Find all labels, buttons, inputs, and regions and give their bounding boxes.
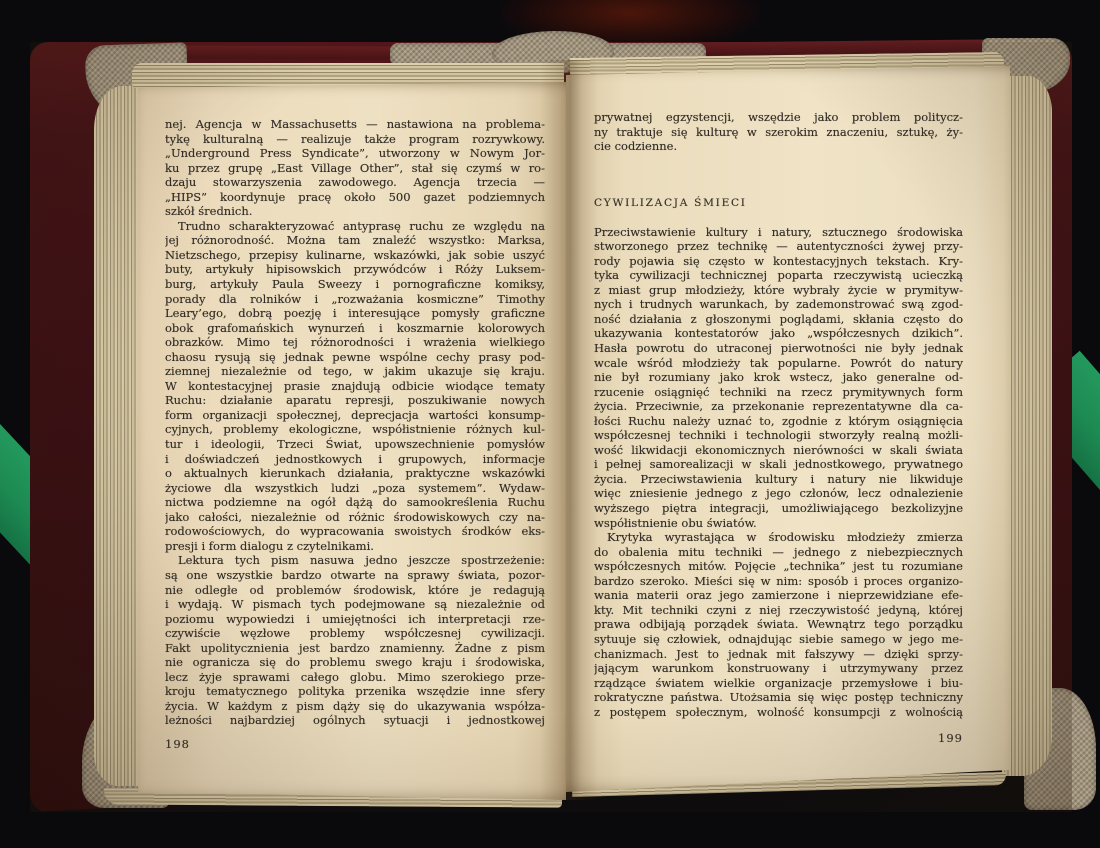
paragraph: Trudno scharakteryzować antyprasę ruchu …: [165, 219, 545, 554]
text-line: ny traktuje się kulturę w szerokim znacz…: [594, 125, 963, 140]
text-line: i doświadczeń jednostkowych i grupowych,…: [165, 452, 545, 467]
text-line: rokratyczne państwa. Utożsamia się więc …: [594, 690, 963, 705]
text-line: Trudno scharakteryzować antyprasę ruchu …: [165, 219, 545, 234]
text-line: współistnienie obu światów.: [594, 516, 963, 531]
text-line: jako całości, niezależnie od różnic środ…: [165, 510, 545, 525]
text-line: rody pojawia się często w kontestacyjnyc…: [594, 254, 963, 269]
page-number-left: 198: [165, 737, 190, 751]
text-line: prywatnej egzystencji, wszędzie jako pro…: [594, 110, 963, 125]
text-line: wania materii oraz jego zamierzone i nie…: [594, 588, 963, 603]
text-line: lecz żyje sprawami całego globu. Mimo sz…: [165, 670, 545, 685]
cover-trim-top-left: [182, 45, 394, 59]
text-line: nie był rozumiany jako krok wstecz, jako…: [594, 370, 963, 385]
text-line: sytuuje się człowiek, odnajdując siebie …: [594, 632, 963, 647]
text-line: obok grafomańskich wynurzeń i koszmarnie…: [165, 321, 545, 336]
text-line: kty. Mit techniki czyni z niej rzeczywis…: [594, 603, 963, 618]
text-line: Hasła powrotu do utraconej pierwotności …: [594, 341, 963, 356]
text-line: z miast grup młodzieży, które wybrały ży…: [594, 283, 963, 298]
text-line: tyka cywilizacji technicznej poparta rze…: [594, 268, 963, 283]
text-line: wyższego piętra integracji, umożliwiając…: [594, 501, 963, 516]
text-line: łości Ruchu należy uznać to, zgodnie z k…: [594, 414, 963, 429]
text-line: wcale wśród młodzieży tak popularne. Pow…: [594, 356, 963, 371]
text-line: cyjnych, problemy ekologiczne, współistn…: [165, 422, 545, 437]
text-line: tykę kulturalną — realizuje także progra…: [165, 132, 545, 147]
text-line: stworzonego przez technikę — autentyczno…: [594, 239, 963, 254]
photo-background: nej. Agencja w Massachusetts — nastawion…: [0, 0, 1100, 848]
text-line: rodowościowych, do wypracowania swoistyc…: [165, 524, 545, 539]
text-line: życia. Przeciwnie, za przekonanie reprez…: [594, 399, 963, 414]
text-line: ziemnej niezależnie od tego, w jakim uka…: [165, 364, 545, 379]
paragraph: Krytyka wyrastająca w środowisku młodzie…: [594, 530, 963, 719]
text-line: wość likwidacji ekonomicznych nierównośc…: [594, 443, 963, 458]
text-line: więc zniesienie jednego z jego członów, …: [594, 486, 963, 501]
text-line: szkół średnich.: [165, 204, 545, 219]
section-heading: CYWILIZACJA ŚMIECI: [594, 196, 963, 210]
text-line: „HIPS” koordynuje pracę około 500 gazet …: [165, 190, 545, 205]
text-line: Leary’ego, dobrą poezję i interesujące p…: [165, 306, 545, 321]
text-line: do obalenia mitu techniki — jednego z ni…: [594, 545, 963, 560]
text-line: rzucenie osiągnięć techniki na rzecz pry…: [594, 385, 963, 400]
text-line: rządzące światem wielkie organizacje prz…: [594, 676, 963, 691]
text-line: dzaju stowarzyszenia zawodowego. Agencja…: [165, 175, 545, 190]
text-line: Lektura tych pism nasuwa jedno jeszcze s…: [165, 553, 545, 568]
text-line: jej różnorodność. Można tam znaleźć wszy…: [165, 233, 545, 248]
text-line: W kontestacyjnej prasie znajdują odbicie…: [165, 379, 545, 394]
text-line: Przeciwstawienie kultury i natury, sztuc…: [594, 225, 963, 240]
text-line: czywiście węzłowe problemy współczesnej …: [165, 626, 545, 641]
text-line: burg, artykuły Paula Sweezy i pornografi…: [165, 277, 545, 292]
right-page-text: prywatnej egzystencji, wszędzie jako pro…: [594, 110, 963, 719]
page-number-right: 199: [594, 731, 963, 745]
text-line: i pełnej samorealizacji w skali jednostk…: [594, 457, 963, 472]
text-line: form organizacji społecznej, deprecjacja…: [165, 408, 545, 423]
text-line: kroju tematycznego polityka przenika wsz…: [165, 684, 545, 699]
text-line: chaosu rysują się jednak pewne wspólne c…: [165, 350, 545, 365]
paragraph: prywatnej egzystencji, wszędzie jako pro…: [594, 110, 963, 154]
text-line: nictwa podziemne na ogół dążą do samookr…: [165, 495, 545, 510]
right-page-section-paragraphs: Przeciwstawienie kultury i natury, sztuc…: [594, 225, 963, 720]
text-line: życiowe dla wszystkich ludzi „poza syste…: [165, 481, 545, 496]
text-line: poziomu wypowiedzi i umiejętności ich in…: [165, 612, 545, 627]
text-line: cie codzienne.: [594, 139, 963, 154]
text-line: i wydają. W pismach tych podejmowane są …: [165, 597, 545, 612]
text-line: Nietzschego, przepisy kulinarne, wskazów…: [165, 248, 545, 263]
text-line: leżności najbardziej ogólnych sytuacji i…: [165, 713, 545, 728]
text-line: życia. W każdym z pism dąży się do ukazy…: [165, 699, 545, 714]
text-line: z postępem społecznym, wolność konsumpcj…: [594, 705, 963, 720]
text-line: ku przez grupę „East Village Other”, sta…: [165, 161, 545, 176]
text-line: nie odległe od problemów środowisk, któr…: [165, 583, 545, 598]
text-line: nych i trudnych warunkach, by zademonstr…: [594, 297, 963, 312]
text-line: obrazków. Mimo tej różnorodności i wraże…: [165, 335, 545, 350]
text-line: nej. Agencja w Massachusetts — nastawion…: [165, 117, 545, 132]
text-line: porady dla rolników i „rozważania kosmic…: [165, 292, 545, 307]
text-line: współczesnej techniki i technologii stwo…: [594, 428, 963, 443]
text-line: Ruchu: działanie aparatu represji, poszu…: [165, 393, 545, 408]
paragraph: nej. Agencja w Massachusetts — nastawion…: [165, 117, 545, 219]
text-line: nie ogranicza się do problemu swego kraj…: [165, 655, 545, 670]
left-page-text: nej. Agencja w Massachusetts — nastawion…: [165, 117, 545, 728]
right-page-top-paragraphs: prywatnej egzystencji, wszędzie jako pro…: [594, 110, 963, 154]
paragraph: Przeciwstawienie kultury i natury, sztuc…: [594, 225, 963, 530]
text-line: „Underground Press Syndicate”, utworzony…: [165, 146, 545, 161]
text-line: o aktualnych kierunkach działania, prakt…: [165, 466, 545, 481]
text-line: bardzo szeroko. Mieści się w nim: sposób…: [594, 574, 963, 589]
text-line: Krytyka wyrastająca w środowisku młodzie…: [594, 530, 963, 545]
text-line: chanizmach. Jest to jednak mit fałszywy …: [594, 647, 963, 662]
text-line: presji i form dialogu z czytelnikami.: [165, 539, 545, 554]
page-edge-stack-left: [94, 86, 144, 786]
text-line: są one wszystkie bardzo otwarte na spraw…: [165, 568, 545, 583]
text-line: ukazywania kontestatorów jako „współczes…: [594, 326, 963, 341]
text-line: jającym warunkom konstruowany i utrzymyw…: [594, 661, 963, 676]
text-line: buty, artykuły hipisowskich przywódców i…: [165, 262, 545, 277]
text-line: współczesnych mitów. Pojęcie „technika” …: [594, 559, 963, 574]
text-line: tur i ideologii, Trzeci Świat, upowszech…: [165, 437, 545, 452]
text-line: prawa odbijają porządek świata. Wewnątrz…: [594, 617, 963, 632]
text-line: życia. Przeciwstawienia kultury i natury…: [594, 472, 963, 487]
text-line: ność działania z głoszonymi poglądami, s…: [594, 312, 963, 327]
left-page-paragraphs: nej. Agencja w Massachusetts — nastawion…: [165, 117, 545, 728]
paragraph: Lektura tych pism nasuwa jedno jeszcze s…: [165, 553, 545, 728]
text-line: Fakt upolitycznienia jest bardzo znamien…: [165, 641, 545, 656]
